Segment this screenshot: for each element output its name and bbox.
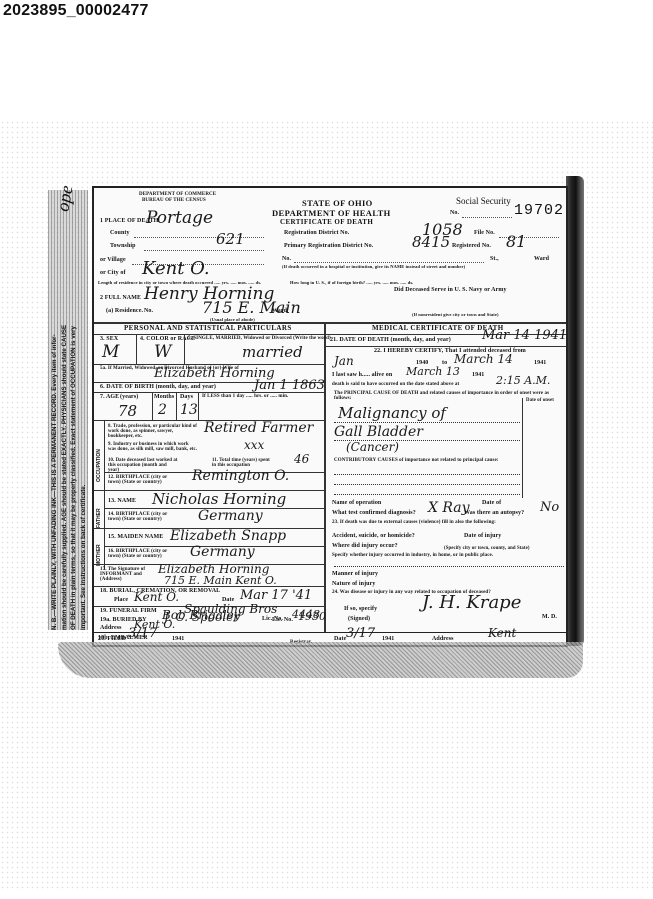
autopsy-label: Was there an autopsy? — [464, 510, 524, 516]
attended-to-value: March 14 — [454, 352, 513, 366]
ward-label: Ward — [534, 256, 549, 262]
cert-address-value: Kent — [488, 626, 516, 640]
industry-label: 9. Industry or business in which work wa… — [108, 442, 198, 452]
buried-address-label: Address — [100, 625, 122, 631]
marital-value: married — [242, 343, 303, 361]
funeral-firm-label: 19. FUNERAL FIRM — [100, 608, 157, 614]
city-label: or City of — [100, 270, 126, 276]
social-security-label: Social Security — [456, 196, 511, 206]
full-name-label: 2 FULL NAME — [100, 295, 141, 301]
filed-date-value: 3/17 — [128, 626, 157, 641]
burial-place-label: Place — [114, 597, 128, 603]
manner-label: Manner of injury — [332, 571, 378, 577]
father-name-label: 13. NAME — [108, 498, 136, 504]
accident-label: Accident, suicide, or homicide? — [332, 533, 415, 539]
city-value: Kent O. — [142, 258, 210, 279]
embalmer-lic-value: 4448 — [292, 608, 320, 621]
burial-date-value: Mar 17 '41 — [240, 588, 312, 603]
trade-value: Retired Farmer — [204, 420, 313, 436]
nature-label: Nature of injury — [332, 581, 376, 587]
signed-label: (Signed) — [348, 616, 370, 622]
burial-place-value: Kent O. — [134, 590, 179, 604]
registration-district-label: Registration District No. — [284, 230, 349, 236]
residence-no-label: No. — [144, 308, 153, 314]
birthplace-value: Remington O. — [192, 468, 289, 484]
md-label: M. D. — [542, 614, 557, 620]
age-months-label: Months — [154, 394, 174, 400]
dob-value: Jan 1 1863 — [254, 378, 325, 393]
age-years-value: 78 — [118, 402, 137, 420]
primary-district-label: Primary Registration District No. — [284, 243, 373, 249]
ss-no-label: No. — [450, 210, 459, 216]
autopsy-value: No — [540, 500, 559, 515]
registered-no-value: 81 — [506, 232, 526, 251]
father-name-value: Nicholas Horning — [152, 490, 286, 508]
department-title: DEPARTMENT OF HEALTH — [272, 208, 391, 218]
operation-label: Name of operation — [332, 500, 381, 506]
death-said-label: death is said to have occurred on the da… — [332, 382, 459, 387]
operation-date-label: Date of — [482, 500, 501, 506]
age-days-value: 13 — [180, 402, 198, 418]
residence-ward-label: Ward — [272, 308, 287, 314]
date-of-death-value: Mar 14 1941 — [482, 328, 567, 343]
dob-label: 6. DATE OF BIRTH (month, day, and year) — [100, 384, 216, 390]
mother-section-label: MOTHER — [96, 530, 102, 566]
injury-date-label: Date of injury — [464, 533, 501, 539]
hospital-note: (If death occurred in a hospital or inst… — [282, 264, 465, 269]
mother-maiden-value: Elizabeth Snapp — [170, 528, 286, 544]
occupation-section-label: OCCUPATION — [96, 422, 102, 482]
age-years-label: (years) — [120, 394, 138, 400]
external-causes-label: 23. If death was due to external causes … — [332, 520, 496, 525]
age-months-value: 2 — [158, 402, 167, 418]
age-hours-label: If LESS than 1 day ..... hrs. or ..... m… — [202, 394, 288, 399]
specify-place-note: (Specify city or town, county, and State… — [444, 546, 530, 551]
scan-shadow — [58, 642, 583, 678]
header-dept-commerce: DEPARTMENT OF COMMERCE — [139, 192, 216, 197]
mother-maiden-label: 15. MAIDEN NAME — [108, 534, 163, 540]
death-time-value: 2:15 A.M. — [496, 374, 550, 387]
how-long-us-label: How long in U. S., if of foreign birth? … — [290, 280, 413, 285]
primary-district-value: 8415 — [412, 233, 450, 251]
served-label: Did Deceased Serve in U. S. Navy or Army — [394, 287, 507, 293]
residence-label: (a) Residence. — [106, 308, 143, 314]
file-number-stamp: 19702 — [514, 202, 564, 219]
attended-from-value: Jan — [334, 354, 354, 368]
document-id: 2023895_00002477 — [3, 2, 149, 20]
father-birthplace-label: 14. BIRTHPLACE (city or town) (State or … — [108, 512, 178, 522]
certificate-title: CERTIFICATE OF DEATH — [280, 218, 373, 226]
township-value: 621 — [216, 230, 245, 248]
header-bureau-census: BUREAU OF THE CENSUS — [142, 198, 206, 203]
death-certificate-form: DEPARTMENT OF COMMERCE BUREAU OF THE CEN… — [92, 186, 568, 636]
date-onset-label: Date of onset — [526, 398, 554, 403]
embalmer-lic-label: Lic. No. — [262, 616, 283, 622]
physician-signature: J. H. Krape — [422, 592, 521, 613]
sex-value: M — [102, 342, 119, 362]
marital-label: 5. SINGLE, MARRIED, Widowed or Divorced … — [188, 336, 331, 341]
nonresident-note: (If nonresident give city or town and St… — [412, 312, 499, 317]
birthplace-label: 12. BIRTHPLACE (city or town) (State or … — [108, 475, 178, 485]
injury-where-label: Where did injury occur? — [332, 543, 398, 549]
file-no-label: File No. — [474, 230, 495, 236]
total-time-value: 46 — [294, 452, 309, 466]
father-birthplace-value: Germany — [198, 508, 263, 524]
color-value: W — [154, 342, 171, 362]
age-label: 7. AGE — [100, 394, 119, 400]
street-no-label: No. — [282, 256, 291, 262]
registered-no-label: Registered No. — [452, 243, 491, 249]
attended-to-year: 1941 — [534, 360, 546, 366]
diagnosis-label: What test confirmed diagnosis? — [332, 510, 416, 516]
last-worked-label: 10. Date deceased last worked at this oc… — [108, 458, 178, 473]
principal-cause-2: Gall Bladder — [334, 424, 423, 440]
mother-birthplace-label: 16. BIRTHPLACE (city or town) (State or … — [108, 549, 178, 559]
county-label: County — [110, 230, 130, 236]
embalmer-value: Bob Brigaley — [162, 608, 241, 622]
total-time-label: 11. Total time (years) spent in this occ… — [212, 458, 272, 468]
last-saw-year: 1941 — [472, 372, 484, 378]
place-county-value: Portage — [146, 208, 213, 228]
right-page-edge — [566, 176, 584, 646]
street-label: St., — [490, 256, 499, 262]
trade-label: 8. Trade, profession, or particular kind… — [108, 424, 198, 439]
principal-cause-3: (Cancer) — [346, 440, 399, 454]
specify-injury-place-label: Specify whether injury occurred in indus… — [332, 553, 493, 558]
personal-section-header: PERSONAL AND STATISTICAL PARTICULARS — [124, 324, 292, 332]
last-saw-value: March 13 — [406, 365, 460, 378]
side-instructions: N. B.—WRITE PLAINLY, WITH UNFADING INK—T… — [50, 190, 88, 630]
mother-birthplace-value: Germany — [190, 544, 255, 560]
contributory-label: CONTRIBUTORY CAUSES of importance not re… — [334, 458, 499, 463]
village-label: or Village — [100, 257, 126, 263]
cert-date-value: 3/17 — [346, 626, 375, 641]
father-section-label: FATHER — [96, 492, 102, 528]
date-of-death-label: 21. DATE OF DEATH (month, day, and year) — [330, 337, 451, 343]
age-days-label: Days — [180, 394, 193, 400]
if-so-label: If so, specify — [344, 606, 377, 612]
informant-label: 17. The Signature of INFORMANT and (Addr… — [100, 567, 152, 582]
state-title: STATE OF OHIO — [302, 198, 373, 208]
industry-value: xxx — [244, 438, 264, 452]
last-saw-label: I last saw h..... alive on — [332, 372, 392, 378]
principal-cause-1: Malignancy of — [338, 404, 446, 422]
principal-cause-label: The PRINCIPAL CAUSE OF DEATH and related… — [334, 391, 554, 401]
township-label: Township — [110, 243, 136, 249]
